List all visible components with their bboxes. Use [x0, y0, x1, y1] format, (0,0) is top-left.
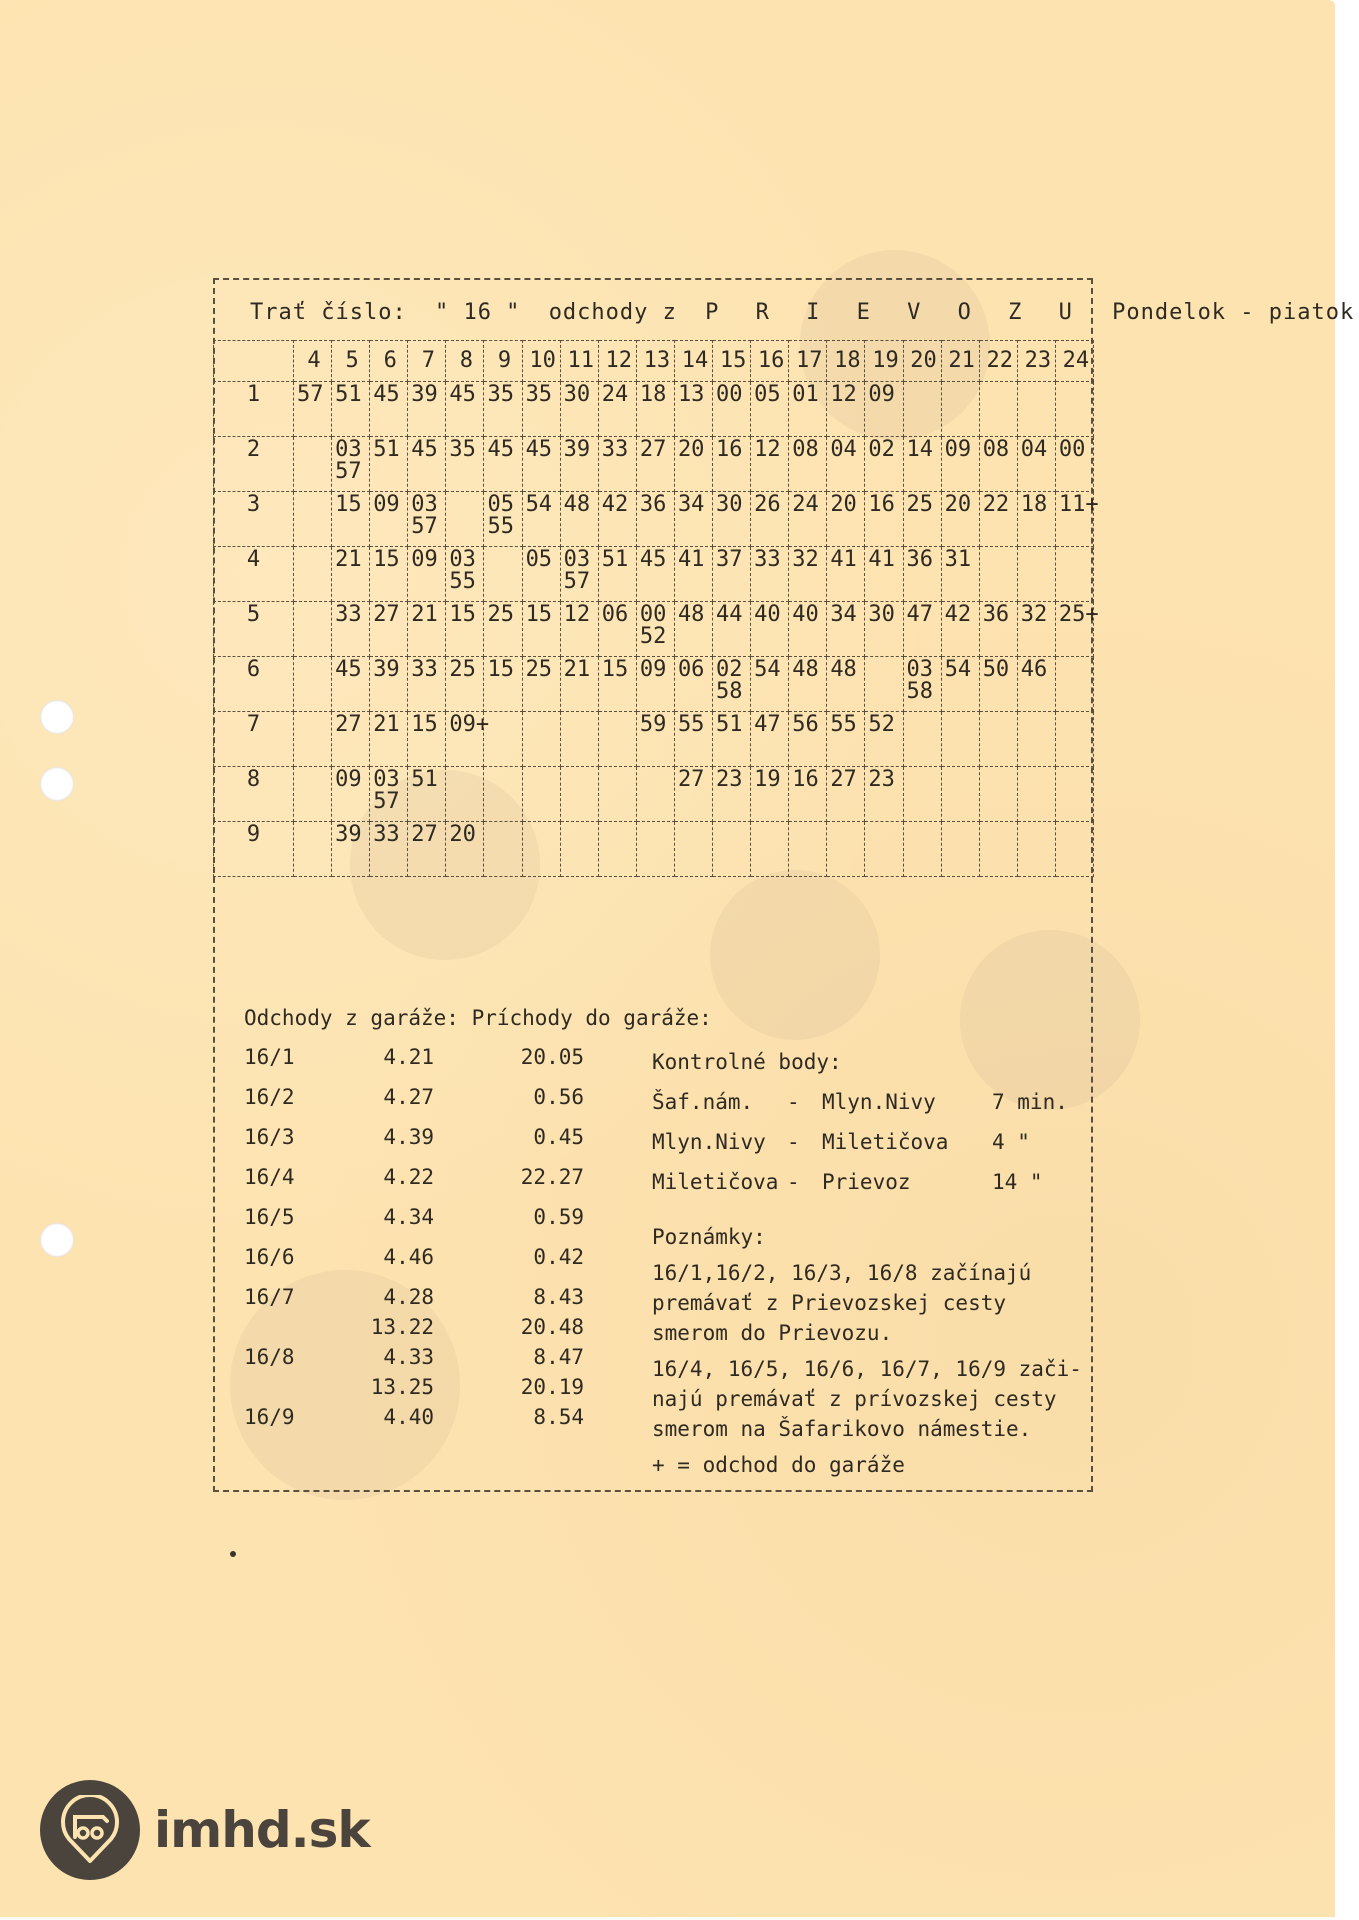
run-row: 809035751272319162723 — [214, 767, 1094, 822]
departure-minute: 09 — [411, 549, 445, 571]
departure-minute: 24 — [602, 384, 636, 406]
departure-minute: 27 — [830, 769, 864, 791]
departure-minute: 45 — [640, 549, 674, 571]
checkpoint-to: Mlyn.Nivy — [822, 1090, 936, 1114]
departure-cell — [294, 657, 332, 712]
departure-cell: 06 — [674, 657, 712, 712]
departure-cell: 18 — [636, 382, 674, 437]
hour-header: 24 — [1055, 341, 1093, 382]
departure-cell: 37 — [713, 547, 751, 602]
departure-cell — [522, 767, 560, 822]
departure-minute: 33 — [373, 824, 407, 846]
departure-cell: 48 — [560, 492, 598, 547]
departure-minute: 31 — [945, 549, 979, 571]
departure-cell: 15 — [446, 602, 484, 657]
departure-cell: 36 — [979, 602, 1017, 657]
departure-minute: 32 — [792, 549, 826, 571]
departure-cell: 27 — [674, 767, 712, 822]
checkpoint-dash: - — [787, 1130, 800, 1154]
departure-cell — [713, 822, 751, 877]
departure-cell: 09 — [865, 382, 903, 437]
departure-minute: 51 — [411, 769, 445, 791]
departure-cell: 40 — [789, 602, 827, 657]
note-line: smerom do Prievozu. — [652, 1318, 1082, 1348]
departure-cell — [1017, 822, 1055, 877]
departure-minute: 25 — [449, 659, 483, 681]
departure-cell — [941, 822, 979, 877]
departure-minute: 39 — [335, 824, 369, 846]
departure-cell — [560, 712, 598, 767]
departure-cell: 16 — [789, 767, 827, 822]
route-id: 16/6 — [244, 1245, 334, 1269]
departure-minute: 03 — [335, 439, 369, 461]
departure-cell: 51 — [598, 547, 636, 602]
run-number: 9 — [214, 822, 294, 877]
departure-minute: 23 — [868, 769, 902, 791]
departure-minute: 35 — [526, 384, 560, 406]
run-number: 8 — [214, 767, 294, 822]
departure-minute: 51 — [716, 714, 750, 736]
checkpoints: Kontrolné body: Šaf.nám.-Mlyn.Nivy7 min.… — [652, 1050, 842, 1210]
departure-minute: 00 — [716, 384, 750, 406]
day-type: Pondelok - piatok — [1112, 300, 1354, 325]
punch-hole — [40, 700, 74, 734]
departure-cell: 15 — [332, 492, 370, 547]
departure-minute: 33 — [754, 549, 788, 571]
hour-header: 11 — [560, 341, 598, 382]
departure-minute: 18 — [640, 384, 674, 406]
hour-header: 21 — [941, 341, 979, 382]
departure-cell: 33 — [598, 437, 636, 492]
departure-cell: 23 — [865, 767, 903, 822]
departure-cell — [294, 547, 332, 602]
route-id: 16/9 — [244, 1405, 334, 1429]
departure-minute: 58 — [907, 681, 941, 703]
departure-minute: 42 — [602, 494, 636, 516]
garage-departure: 13.22 — [344, 1315, 434, 1339]
hour-header-row: 456789101112131415161718192021222324 — [214, 341, 1094, 382]
departure-cell: 33 — [408, 657, 446, 712]
departure-cell: 25 — [903, 492, 941, 547]
departure-cell — [484, 822, 522, 877]
departure-cell: 30 — [560, 382, 598, 437]
departure-cell: 45 — [370, 382, 408, 437]
departure-minute: 15 — [487, 659, 521, 681]
departure-cell: 51 — [332, 382, 370, 437]
departure-minute: 57 — [373, 791, 407, 813]
departure-minute: 20 — [945, 494, 979, 516]
departure-minute: 01 — [792, 384, 826, 406]
departure-minute: 45 — [487, 439, 521, 461]
notes-title: Poznámky: — [652, 1222, 1082, 1258]
run-number: 5 — [214, 602, 294, 657]
departure-cell: 05 — [751, 382, 789, 437]
departure-cell: 39 — [560, 437, 598, 492]
note-paragraph-1: 16/1,16/2, 16/3, 16/8 začínajú premávať … — [652, 1258, 1082, 1348]
departure-minute: 09 — [373, 494, 407, 516]
departure-minute: 34 — [678, 494, 712, 516]
departure-minute: 27 — [335, 714, 369, 736]
logo-text: imhd.sk — [154, 1801, 370, 1859]
garage-departure: 13.25 — [344, 1375, 434, 1399]
departure-cell: 48 — [674, 602, 712, 657]
departure-minute: 30 — [868, 604, 902, 626]
hour-header: 9 — [484, 341, 522, 382]
departure-cell — [827, 822, 865, 877]
departure-minute: 41 — [830, 549, 864, 571]
departure-cell: 0355 — [446, 547, 484, 602]
departure-cell: 45 — [332, 657, 370, 712]
departure-cell: 02 — [865, 437, 903, 492]
departure-cell: 35 — [446, 437, 484, 492]
departure-cell — [979, 712, 1017, 767]
departure-minute: 03 — [449, 549, 483, 571]
departure-cell: 55 — [674, 712, 712, 767]
departure-cell: 25+ — [1055, 602, 1093, 657]
departure-minute: 33 — [602, 439, 636, 461]
garage-arrival: 20.19 — [494, 1375, 584, 1399]
checkpoints-title: Kontrolné body: — [652, 1050, 842, 1090]
departure-cell: 04 — [1017, 437, 1055, 492]
departure-cell — [560, 822, 598, 877]
departure-minute: 08 — [792, 439, 826, 461]
departure-cell: 27 — [332, 712, 370, 767]
departure-minute: 39 — [373, 659, 407, 681]
departure-cell: 15 — [484, 657, 522, 712]
departure-minute: 33 — [411, 659, 445, 681]
garage-arrival: 0.45 — [494, 1125, 584, 1149]
departure-cell: 59 — [636, 712, 674, 767]
departure-cell: 34 — [827, 602, 865, 657]
checkpoint-from: Šaf.nám. — [652, 1090, 753, 1114]
departure-cell — [979, 767, 1017, 822]
departure-minute: 20 — [678, 439, 712, 461]
departure-cell: 0358 — [903, 657, 941, 712]
note-paragraph-2: 16/4, 16/5, 16/6, 16/7, 16/9 zači- najú … — [652, 1354, 1082, 1444]
departure-cell — [636, 822, 674, 877]
garage-departures-label: Odchody z garáže: — [244, 1006, 459, 1030]
departure-minute: 51 — [602, 549, 636, 571]
checkpoint-from: Miletičova — [652, 1170, 778, 1194]
departure-minute: 13 — [678, 384, 712, 406]
checkpoint-from: Mlyn.Nivy — [652, 1130, 766, 1154]
departure-cell: 0357 — [370, 767, 408, 822]
departure-cell: 21 — [332, 547, 370, 602]
departure-minute: 48 — [830, 659, 864, 681]
bus-pin-icon — [40, 1780, 140, 1880]
departure-minute: 33 — [335, 604, 369, 626]
departure-minute: 12 — [564, 604, 598, 626]
run-number: 4 — [214, 547, 294, 602]
departure-minute: 19 — [754, 769, 788, 791]
hour-header: 4 — [294, 341, 332, 382]
departure-minute: 52 — [640, 626, 674, 648]
departure-minute: 20 — [449, 824, 483, 846]
departure-cell: 0357 — [560, 547, 598, 602]
departure-cell: 05 — [522, 547, 560, 602]
departure-cell: 06 — [598, 602, 636, 657]
departure-minute: 15 — [602, 659, 636, 681]
ink-speck — [230, 1551, 236, 1557]
hour-header: 23 — [1017, 341, 1055, 382]
run-row: 157514539453535302418130005011209 — [214, 382, 1094, 437]
garage-arrival: 20.48 — [494, 1315, 584, 1339]
departure-cell: 09 — [408, 547, 446, 602]
departure-minute: 15 — [411, 714, 445, 736]
departure-minute: 59 — [640, 714, 674, 736]
departure-cell — [560, 767, 598, 822]
departure-minute: 02 — [716, 659, 750, 681]
departure-minute: 09 — [868, 384, 902, 406]
departure-minute: 23 — [716, 769, 750, 791]
garage-departure: 4.39 — [344, 1125, 434, 1149]
departure-minute: 47 — [754, 714, 788, 736]
departure-minute: 47 — [907, 604, 941, 626]
departure-minute: 09+ — [449, 714, 483, 736]
departure-cell: 35 — [484, 382, 522, 437]
departure-minute: 11+ — [1059, 494, 1093, 516]
departure-minute: 40 — [754, 604, 788, 626]
run-row: 939332720 — [214, 822, 1094, 877]
notes: Poznámky: 16/1,16/2, 16/3, 16/8 začínajú… — [652, 1222, 1082, 1480]
departure-cell: 36 — [903, 547, 941, 602]
departure-cell: 08 — [789, 437, 827, 492]
departure-minute: 21 — [564, 659, 598, 681]
imhd-logo[interactable]: imhd.sk — [40, 1780, 370, 1880]
departure-cell — [789, 822, 827, 877]
departure-minute: 46 — [1021, 659, 1055, 681]
departure-minute: 45 — [411, 439, 445, 461]
departure-minute: 03 — [411, 494, 445, 516]
departure-cell: 42 — [941, 602, 979, 657]
departure-cell: 36 — [636, 492, 674, 547]
departure-minute: 20 — [830, 494, 864, 516]
departure-cell — [446, 492, 484, 547]
departure-cell: 48 — [827, 657, 865, 712]
route-id: 16/5 — [244, 1205, 334, 1229]
departure-cell: 09+ — [446, 712, 484, 767]
departure-minute: 57 — [297, 384, 331, 406]
departure-minute: 09 — [335, 769, 369, 791]
stop-name: P R I E V O Z U — [705, 300, 1084, 325]
departure-cell: 16 — [713, 437, 751, 492]
departure-minute: 40 — [792, 604, 826, 626]
departure-cell: 47 — [751, 712, 789, 767]
hour-header: 13 — [636, 341, 674, 382]
departure-cell: 51 — [713, 712, 751, 767]
departure-minute: 05 — [754, 384, 788, 406]
departure-cell — [294, 437, 332, 492]
departure-cell: 27 — [827, 767, 865, 822]
departure-minute: 27 — [373, 604, 407, 626]
run-number: 1 — [214, 382, 294, 437]
departure-cell: 0357 — [408, 492, 446, 547]
garage-arrivals-label: Príchody do garáže: — [472, 1006, 712, 1030]
departure-minute: 50 — [983, 659, 1017, 681]
hour-header: 15 — [713, 341, 751, 382]
departure-cell — [674, 822, 712, 877]
departure-minute: 21 — [411, 604, 445, 626]
checkpoint-row: Miletičova-Prievoz14 " — [652, 1170, 842, 1210]
route-id: 16/8 — [244, 1345, 334, 1369]
departure-cell: 20 — [941, 492, 979, 547]
departure-cell: 12 — [827, 382, 865, 437]
departure-minute: 03 — [373, 769, 407, 791]
punch-hole — [40, 767, 74, 801]
departure-minute: 06 — [602, 604, 636, 626]
departure-cell: 41 — [674, 547, 712, 602]
departure-minute: 16 — [868, 494, 902, 516]
departure-cell: 40 — [751, 602, 789, 657]
departure-cell: 25 — [484, 602, 522, 657]
departure-cell: 0258 — [713, 657, 751, 712]
note-line: 16/1,16/2, 16/3, 16/8 začínajú — [652, 1258, 1082, 1288]
departure-cell: 21 — [560, 657, 598, 712]
departure-cell — [865, 657, 903, 712]
departure-cell: 04 — [827, 437, 865, 492]
note-legend: + = odchod do garáže — [652, 1450, 1082, 1480]
hour-header: 20 — [903, 341, 941, 382]
run-row: 5332721152515120600524844404034304742363… — [214, 602, 1094, 657]
hour-header: 8 — [446, 341, 484, 382]
run-number: 6 — [214, 657, 294, 712]
hour-header: 14 — [674, 341, 712, 382]
departure-cell: 39 — [370, 657, 408, 712]
departure-minute: 18 — [1021, 494, 1055, 516]
departure-cell — [1017, 547, 1055, 602]
departure-cell: 09 — [332, 767, 370, 822]
run-row: 6453933251525211509060258544848035854504… — [214, 657, 1094, 712]
punch-hole — [40, 1223, 74, 1257]
route-id: 16/3 — [244, 1125, 334, 1149]
departure-cell: 45 — [446, 382, 484, 437]
hour-header: 12 — [598, 341, 636, 382]
departure-cell: 51 — [370, 437, 408, 492]
departure-minute: 14 — [907, 439, 941, 461]
note-line: najú premávať z prívozskej cesty — [652, 1384, 1082, 1414]
departure-minute: 45 — [335, 659, 369, 681]
departure-cell: 55 — [827, 712, 865, 767]
departure-minute: 12 — [754, 439, 788, 461]
departure-cell — [1055, 822, 1093, 877]
departure-cell: 45 — [522, 437, 560, 492]
departure-cell: 21 — [408, 602, 446, 657]
departure-minute: 45 — [449, 384, 483, 406]
departure-minute: 15 — [526, 604, 560, 626]
departure-cell: 23 — [713, 767, 751, 822]
departure-cell: 15 — [408, 712, 446, 767]
departure-minute: 25+ — [1059, 604, 1093, 626]
departure-cell — [294, 492, 332, 547]
departure-minute: 08 — [983, 439, 1017, 461]
departure-cell: 27 — [636, 437, 674, 492]
departure-cell: 09 — [636, 657, 674, 712]
departure-cell: 00 — [713, 382, 751, 437]
departure-cell: 50 — [979, 657, 1017, 712]
departure-minute: 54 — [526, 494, 560, 516]
departure-cell: 33 — [370, 822, 408, 877]
route-id: 16/7 — [244, 1285, 334, 1309]
departure-cell — [598, 767, 636, 822]
departure-cell — [1055, 382, 1093, 437]
departure-minute: 32 — [1021, 604, 1055, 626]
garage-departure: 4.46 — [344, 1245, 434, 1269]
checkpoint-dash: - — [787, 1170, 800, 1194]
departure-minute: 41 — [678, 549, 712, 571]
departure-minute: 35 — [487, 384, 521, 406]
departure-minute: 09 — [640, 659, 674, 681]
departure-cell — [903, 382, 941, 437]
departure-minute: 51 — [373, 439, 407, 461]
departure-cell: 30 — [865, 602, 903, 657]
departure-minute: 22 — [983, 494, 1017, 516]
departure-minute: 03 — [907, 659, 941, 681]
departure-minute: 25 — [487, 604, 521, 626]
note-line: smerom na Šafarikovo námestie. — [652, 1414, 1082, 1444]
departure-minute: 26 — [754, 494, 788, 516]
departure-minute: 27 — [678, 769, 712, 791]
departure-cell: 08 — [979, 437, 1017, 492]
departure-cell: 45 — [484, 437, 522, 492]
departure-minute: 55 — [487, 516, 521, 538]
departure-minute: 42 — [945, 604, 979, 626]
departure-cell: 42 — [598, 492, 636, 547]
hour-header: 19 — [865, 341, 903, 382]
departure-minute: 00 — [1059, 439, 1093, 461]
departure-minute: 36 — [640, 494, 674, 516]
departure-cell: 24 — [789, 492, 827, 547]
note-line: premávať z Prievozskej cesty — [652, 1288, 1082, 1318]
route-id: 16/1 — [244, 1045, 334, 1069]
departure-cell — [941, 767, 979, 822]
departure-minute: 30 — [716, 494, 750, 516]
garage-departure: 4.22 — [344, 1165, 434, 1189]
garage-departure: 4.21 — [344, 1045, 434, 1069]
departure-cell: 32 — [1017, 602, 1055, 657]
departure-minute: 15 — [373, 549, 407, 571]
departure-cell — [1055, 712, 1093, 767]
run-number: 7 — [214, 712, 294, 767]
departure-cell — [294, 767, 332, 822]
departure-cell: 00 — [1055, 437, 1093, 492]
departure-cell — [522, 712, 560, 767]
checkpoint-dash: - — [787, 1090, 800, 1114]
departure-cell: 25 — [446, 657, 484, 712]
departure-cell — [903, 822, 941, 877]
departure-cell: 41 — [827, 547, 865, 602]
hour-header: 18 — [827, 341, 865, 382]
departure-minute: 45 — [373, 384, 407, 406]
departure-minute: 25 — [907, 494, 941, 516]
departure-minute: 36 — [983, 604, 1017, 626]
garage-arrival: 8.47 — [494, 1345, 584, 1369]
departure-cell: 27 — [370, 602, 408, 657]
departure-minute: 55 — [449, 571, 483, 593]
departure-minute: 48 — [792, 659, 826, 681]
departure-cell: 12 — [751, 437, 789, 492]
departure-minute: 06 — [678, 659, 712, 681]
corner-cell — [214, 341, 294, 382]
departure-cell: 52 — [865, 712, 903, 767]
departure-cell — [903, 712, 941, 767]
departure-cell — [1017, 712, 1055, 767]
departure-cell — [522, 822, 560, 877]
departure-cell: 15 — [522, 602, 560, 657]
hour-header: 6 — [370, 341, 408, 382]
departure-cell — [636, 767, 674, 822]
departure-minute: 36 — [907, 549, 941, 571]
run-row: 2035751453545453933272016120804021409080… — [214, 437, 1094, 492]
